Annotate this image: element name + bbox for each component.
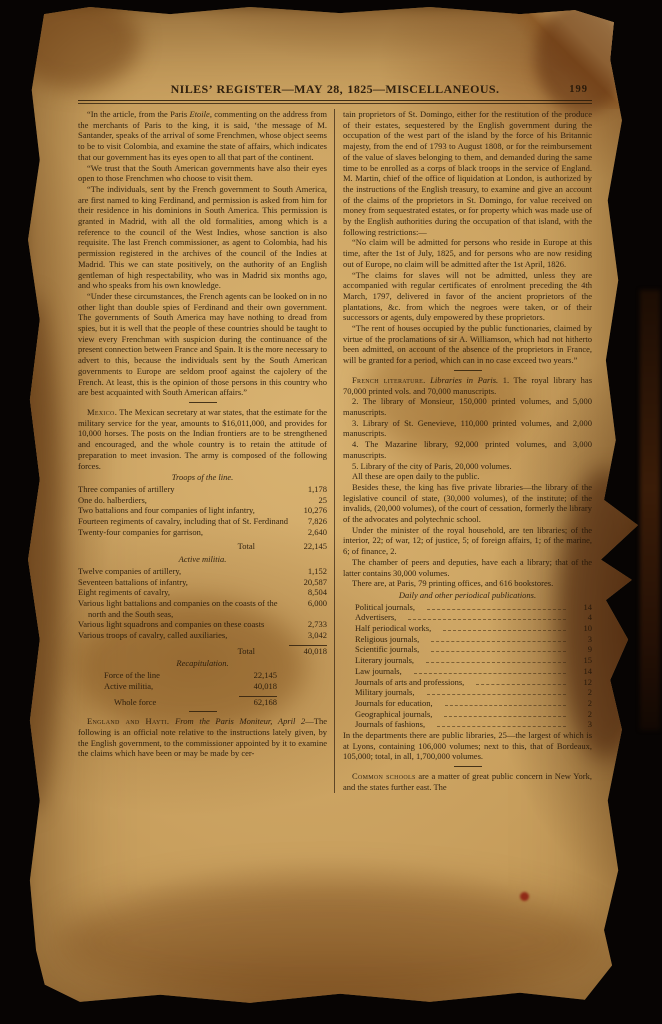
paragraph: Under the minister of the royal househol… (343, 525, 592, 557)
row-value: 7,826 (289, 516, 327, 527)
table-row: Twenty-four companies for garrison,2,640 (78, 527, 327, 538)
table-row: Seventeen battalions of infantry,20,587 (78, 577, 327, 588)
row-value: 14 (576, 666, 592, 677)
row-label: Three companies of artillery (78, 484, 289, 495)
row-value: 1,178 (289, 484, 327, 495)
row-label: Military journals, (343, 687, 415, 698)
row-label: Force of the line (104, 670, 239, 681)
table-row: Journals of arts and professions,12 (343, 677, 592, 688)
row-value: 10 (576, 623, 592, 634)
row-label: Various light battalions and companies o… (78, 598, 289, 619)
section-lead: Mexico. (87, 407, 117, 417)
row-value: 8,504 (289, 587, 327, 598)
paragraph: 4. The Mazarine library, 92,000 printed … (343, 439, 592, 460)
row-value: 9 (576, 644, 592, 655)
photo-background: { "header": { "title": "NILES’ REGISTER—… (0, 0, 662, 1024)
paragraph: “The individuals, sent by the French gov… (78, 184, 327, 291)
table-row: Various light battalions and companies o… (78, 598, 327, 619)
section-lead: Common schools (352, 771, 416, 781)
row-value: 40,018 (289, 645, 327, 657)
paragraph: Mexico. The Mexican secretary at war sta… (78, 407, 327, 471)
ink-speck (520, 892, 529, 901)
row-label: Various troops of cavalry, called auxili… (78, 630, 289, 641)
row-value: 14 (576, 602, 592, 613)
paragraph-text: “In the article, from the Paris (87, 109, 190, 119)
dash-leader (427, 602, 566, 610)
paragraph: In the departments there are public libr… (343, 730, 592, 762)
dash-leader (431, 634, 566, 642)
paragraph: 5. Library of the city of Paris, 20,000 … (343, 461, 592, 472)
section-lead: French literature. (352, 375, 426, 385)
row-label: Twenty-four companies for garrison, (78, 527, 289, 538)
row-label: Journals of arts and professions, (343, 677, 464, 688)
left-column: “In the article, from the Paris Etoile, … (78, 109, 334, 793)
newspaper-page: NILES’ REGISTER—MAY 28, 1825—MISCELLANEO… (20, 4, 638, 1016)
section-divider (454, 766, 482, 767)
row-value: 3 (576, 634, 592, 645)
section-divider (189, 402, 217, 403)
row-value: 3,042 (289, 630, 327, 641)
stain (55, 879, 605, 1004)
table-row: Journals of fashions,3 (343, 719, 592, 730)
italic-subtitle: Libraries in Paris. (430, 375, 498, 385)
row-label: Active militia, (104, 681, 239, 692)
table-row: Geographical journals,2 (343, 709, 592, 720)
row-value: 2 (576, 687, 592, 698)
dash-leader (414, 666, 566, 674)
table-total-row: Whole force62,168 (104, 696, 277, 708)
section-divider (454, 370, 482, 371)
paragraph: There are, at Paris, 79 printing offices… (343, 578, 592, 589)
row-label: One do. halberdiers, (78, 495, 289, 506)
row-label: Political journals, (343, 602, 415, 613)
paragraph: tain proprietors of St. Domingo, either … (343, 109, 592, 237)
table-row: Political journals,14 (343, 602, 592, 613)
table-row: Fourteen regiments of cavalry, including… (78, 516, 327, 527)
table-row: Eight regiments of cavalry,8,504 (78, 587, 327, 598)
table-row: Half periodical works,10 (343, 623, 592, 634)
paragraph: Common schools are a matter of great pub… (343, 771, 592, 792)
table-row: Three companies of artillery1,178 (78, 484, 327, 495)
table-row: Force of the line22,145 (104, 670, 277, 681)
row-label: Advertisers, (343, 612, 396, 623)
row-label: Journals of fashions, (343, 719, 425, 730)
row-value: 22,145 (289, 541, 327, 552)
dash-leader (444, 709, 566, 717)
row-value: 12 (576, 677, 592, 688)
torn-backing-edge (640, 290, 660, 730)
table-row: Two battalions and four companies of lig… (78, 505, 327, 516)
row-value: 40,018 (239, 681, 277, 692)
row-value: 6,000 (289, 598, 327, 609)
recapitulation-table: Force of the line22,145 Active militia,4… (78, 670, 327, 707)
section-lead: England and Hayti. (87, 716, 169, 726)
row-label: Eight regiments of cavalry, (78, 587, 289, 598)
stain (10, 0, 140, 89)
table-row: Scientific journals,9 (343, 644, 592, 655)
row-value: 10,276 (289, 505, 327, 516)
dash-leader (431, 644, 566, 652)
dash-leader (408, 612, 566, 620)
row-value: 2,640 (289, 527, 327, 538)
paragraph: “In the article, from the Paris Etoile, … (78, 109, 327, 163)
paragraph: “The rent of houses occupied by the publ… (343, 323, 592, 366)
paragraph: 2. The library of Monsieur, 150,000 prin… (343, 396, 592, 417)
table-row: Law journals,14 (343, 666, 592, 677)
table-row: Various light squadrons and companies on… (78, 619, 327, 630)
row-value: 2 (576, 698, 592, 709)
table-total-row: Total22,145 (78, 541, 327, 552)
table-row: Twelve companies of artillery,1,152 (78, 566, 327, 577)
row-value: 25 (289, 495, 327, 506)
row-label: Total (78, 541, 289, 552)
page-header: NILES’ REGISTER—MAY 28, 1825—MISCELLANEO… (78, 82, 592, 98)
row-label: Fourteen regiments of cavalry, including… (78, 516, 289, 527)
dash-leader (445, 698, 566, 706)
header-rule (78, 100, 592, 104)
row-label: Law journals, (343, 666, 402, 677)
right-column: tain proprietors of St. Domingo, either … (334, 109, 592, 793)
dash-leader (427, 687, 567, 695)
section-divider (189, 711, 217, 712)
paragraph: “Under these circumstances, the French a… (78, 291, 327, 398)
paragraph: England and Hayti. From the Paris Monite… (78, 716, 327, 759)
table-row: Military journals,2 (343, 687, 592, 698)
table-row: Active militia,40,018 (104, 681, 277, 692)
row-label: Geographical journals, (343, 709, 432, 720)
row-label: Seventeen battalions of infantry, (78, 577, 289, 588)
table-heading: Active militia. (78, 554, 327, 565)
table-row: Journals for education,2 (343, 698, 592, 709)
column-layout: “In the article, from the Paris Etoile, … (78, 109, 592, 793)
table-heading: Recapitulation. (78, 658, 327, 669)
table-row: Advertisers,4 (343, 612, 592, 623)
page-title: NILES’ REGISTER—MAY 28, 1825—MISCELLANEO… (78, 82, 592, 97)
row-label: Literary journals, (343, 655, 414, 666)
row-label: Twelve companies of artillery, (78, 566, 289, 577)
row-label: Half periodical works, (343, 623, 431, 634)
table-row: Various troops of cavalry, called auxili… (78, 630, 327, 641)
dash-leader (443, 623, 566, 631)
paragraph: All these are open daily to the public. (343, 471, 592, 482)
paragraph: 3. Library of St. Genevieve, 110,000 pri… (343, 418, 592, 439)
row-label: Total (78, 646, 289, 657)
table-heading: Troops of the line. (78, 472, 327, 483)
table-row: Religious journals,3 (343, 634, 592, 645)
stain (6, 294, 61, 814)
dash-leader (476, 677, 566, 685)
row-value: 2,733 (289, 619, 327, 630)
row-value: 4 (576, 612, 592, 623)
row-label: Various light squadrons and companies on… (78, 619, 289, 630)
row-value: 22,145 (239, 670, 277, 681)
table-row: Literary journals,15 (343, 655, 592, 666)
paragraph: “No claim will be admitted for persons w… (343, 237, 592, 269)
paragraph: Besides these, the king has five private… (343, 482, 592, 525)
row-value: 3 (576, 719, 592, 730)
row-value: 62,168 (239, 696, 277, 708)
row-label: Two battalions and four companies of lig… (78, 505, 289, 516)
table-total-row: Total40,018 (78, 645, 327, 657)
row-value: 1,152 (289, 566, 327, 577)
table-heading: Daily and other periodical publications. (343, 590, 592, 601)
italic-title: Etoile (190, 109, 210, 119)
source-citation: From the Paris Moniteur, April 2 (175, 716, 305, 726)
dash-leader (437, 719, 566, 727)
paragraph: French literature. Libraries in Paris. 1… (343, 375, 592, 396)
page-number: 199 (569, 83, 588, 96)
paragraph: “The claims for slaves will not be admit… (343, 270, 592, 324)
row-value: 20,587 (289, 577, 327, 588)
table-row: One do. halberdiers,25 (78, 495, 327, 506)
row-label: Journals for education, (343, 698, 433, 709)
row-value: 2 (576, 709, 592, 720)
dash-leader (426, 655, 566, 663)
paragraph: “We trust that the South American govern… (78, 163, 327, 184)
page-content: NILES’ REGISTER—MAY 28, 1825—MISCELLANEO… (78, 82, 592, 793)
row-value: 15 (576, 655, 592, 666)
row-label: Scientific journals, (343, 644, 419, 655)
paragraph: The chamber of peers and deputies, have … (343, 557, 592, 578)
row-label: Whole force (104, 697, 239, 708)
row-label: Religious journals, (343, 634, 419, 645)
